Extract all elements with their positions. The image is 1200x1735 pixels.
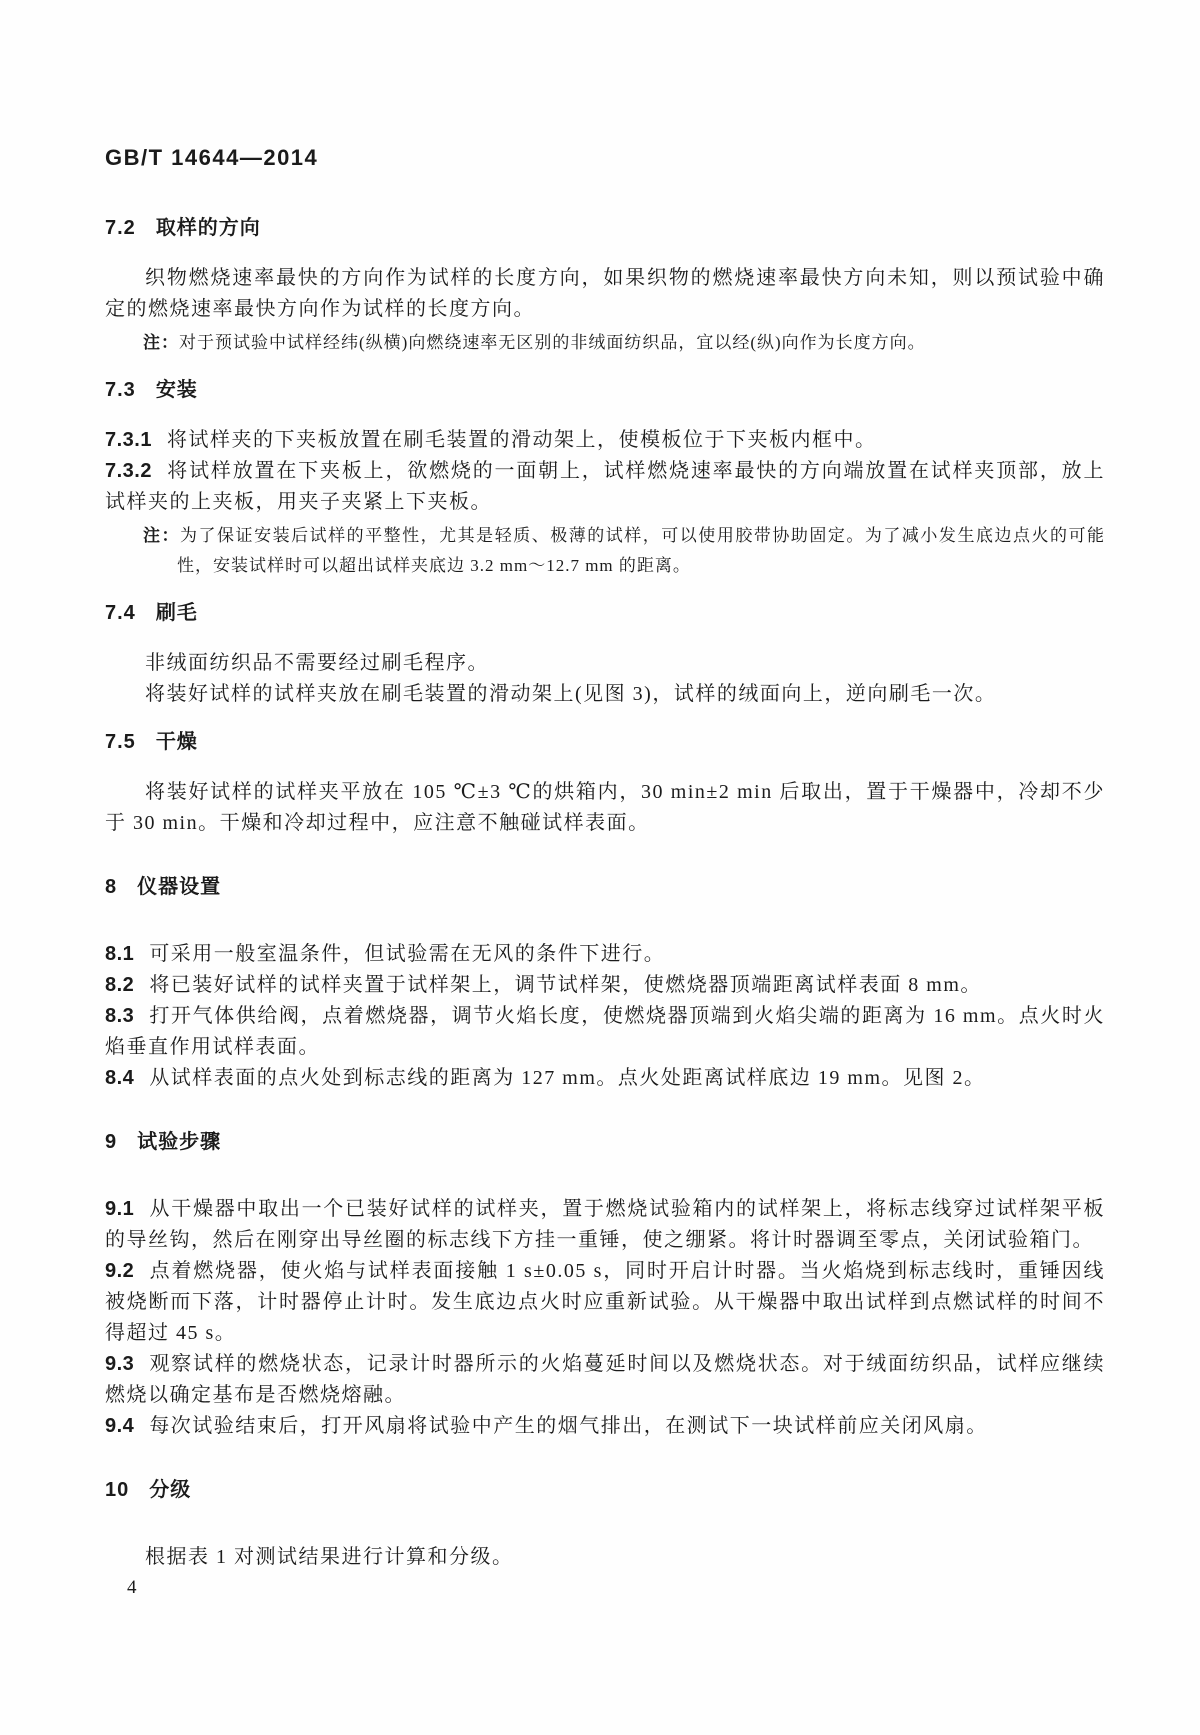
clause-text: 将试样放置在下夹板上，欲燃烧的一面朝上，试样燃烧速率最快的方向端放置在试样夹顶部… <box>105 460 1105 513</box>
section-number: 7.3 <box>105 379 136 401</box>
section-heading-10: 10分级 <box>105 1475 1105 1506</box>
clause-number: 7.3.2 <box>105 460 152 482</box>
clause-text: 将试样夹的下夹板放置在刷毛装置的滑动架上，使模板位于下夹板内框中。 <box>167 429 877 451</box>
clause-text: 可采用一般室温条件，但试验需在无风的条件下进行。 <box>149 943 665 965</box>
clause-7-3-1: 7.3.1将试样夹的下夹板放置在刷毛装置的滑动架上，使模板位于下夹板内框中。 <box>105 425 1105 456</box>
clause-number: 8.4 <box>105 1067 134 1089</box>
section-title: 干燥 <box>156 731 198 753</box>
clause-9-4: 9.4每次试验结束后，打开风扇将试验中产生的烟气排出，在测试下一块试样前应关闭风… <box>105 1411 1105 1442</box>
section-7-3: 7.3安装 7.3.1将试样夹的下夹板放置在刷毛装置的滑动架上，使模板位于下夹板… <box>105 375 1105 581</box>
clause-text: 从干燥器中取出一个已装好试样的试样夹，置于燃烧试验箱内的试样架上，将标志线穿过试… <box>105 1198 1105 1251</box>
section-number: 9 <box>105 1131 117 1153</box>
section-heading-8: 8仪器设置 <box>105 872 1105 903</box>
section-title: 刷毛 <box>156 602 198 624</box>
clause-9-2: 9.2点着燃烧器，使火焰与试样表面接触 1 s±0.05 s，同时开启计时器。当… <box>105 1256 1105 1349</box>
section-title: 安装 <box>156 379 198 401</box>
clause-text: 点着燃烧器，使火焰与试样表面接触 1 s±0.05 s，同时开启计时器。当火焰烧… <box>105 1260 1105 1344</box>
clause-7-3-2: 7.3.2将试样放置在下夹板上，欲燃烧的一面朝上，试样燃烧速率最快的方向端放置在… <box>105 456 1105 518</box>
section-7-2: 7.2取样的方向 织物燃烧速率最快的方向作为试样的长度方向，如果织物的燃烧速率最… <box>105 213 1105 358</box>
clause-9-1: 9.1从干燥器中取出一个已装好试样的试样夹，置于燃烧试验箱内的试样架上，将标志线… <box>105 1194 1105 1256</box>
section-number: 7.2 <box>105 217 136 239</box>
section-heading-9: 9试验步骤 <box>105 1127 1105 1158</box>
section-title: 仪器设置 <box>137 876 221 898</box>
section-10: 10分级 根据表 1 对测试结果进行计算和分级。 <box>105 1475 1105 1573</box>
clause-number: 8.2 <box>105 974 134 996</box>
clause-text: 每次试验结束后，打开风扇将试验中产生的烟气排出，在测试下一块试样前应关闭风扇。 <box>149 1415 988 1437</box>
standard-number-header: GB/T 14644—2014 <box>105 142 1105 173</box>
note: 注：对于预试验中试样经纬(纵横)向燃绕速率无区别的非绒面纺织品，宜以经(纵)向作… <box>105 328 1105 358</box>
clause-number: 9.1 <box>105 1198 134 1220</box>
section-title: 分级 <box>149 1479 191 1501</box>
paragraph: 织物燃烧速率最快的方向作为试样的长度方向，如果织物的燃烧速率最快方向未知，则以预… <box>105 263 1105 325</box>
note: 注：为了保证安装后试样的平整性，尤其是轻质、极薄的试样，可以使用胶带协助固定。为… <box>105 521 1105 581</box>
section-heading-7-5: 7.5干燥 <box>105 727 1105 758</box>
clause-number: 8.3 <box>105 1005 134 1027</box>
note-text: 对于预试验中试样经纬(纵横)向燃绕速率无区别的非绒面纺织品，宜以经(纵)向作为长… <box>179 333 926 352</box>
note-text: 为了保证安装后试样的平整性，尤其是轻质、极薄的试样，可以使用胶带协助固定。为了减… <box>177 526 1105 575</box>
clause-9-3: 9.3观察试样的燃烧状态，记录计时器所示的火焰蔓延时间以及燃烧状态。对于绒面纺织… <box>105 1349 1105 1411</box>
section-7-5: 7.5干燥 将装好试样的试样夹平放在 105 ℃±3 ℃的烘箱内，30 min±… <box>105 727 1105 839</box>
clause-number: 8.1 <box>105 943 134 965</box>
clause-number: 7.3.1 <box>105 429 152 451</box>
clause-number: 9.3 <box>105 1353 134 1375</box>
section-number: 7.4 <box>105 602 136 624</box>
paragraph: 将装好试样的试样夹平放在 105 ℃±3 ℃的烘箱内，30 min±2 min … <box>105 777 1105 839</box>
section-9: 9试验步骤 9.1从干燥器中取出一个已装好试样的试样夹，置于燃烧试验箱内的试样架… <box>105 1127 1105 1442</box>
section-heading-7-4: 7.4刷毛 <box>105 598 1105 629</box>
clause-text: 观察试样的燃烧状态，记录计时器所示的火焰蔓延时间以及燃烧状态。对于绒面纺织品，试… <box>105 1353 1105 1406</box>
paragraph: 非绒面纺织品不需要经过刷毛程序。 <box>105 648 1105 679</box>
section-8: 8仪器设置 8.1可采用一般室温条件，但试验需在无风的条件下进行。 8.2将已装… <box>105 872 1105 1094</box>
note-label: 注： <box>143 526 180 545</box>
clause-text: 打开气体供给阀，点着燃烧器，调节火焰长度，使燃烧器顶端到火焰尖端的距离为 16 … <box>105 1005 1105 1058</box>
section-number: 7.5 <box>105 731 136 753</box>
paragraph: 根据表 1 对测试结果进行计算和分级。 <box>105 1542 1105 1573</box>
clause-text: 从试样表面的点火处到标志线的距离为 127 mm。点火处距离试样底边 19 mm… <box>149 1067 985 1089</box>
clause-number: 9.4 <box>105 1415 134 1437</box>
section-heading-7-3: 7.3安装 <box>105 375 1105 406</box>
section-number: 8 <box>105 876 117 898</box>
clause-number: 9.2 <box>105 1260 134 1282</box>
paragraph: 将装好试样的试样夹放在刷毛装置的滑动架上(见图 3)，试样的绒面向上，逆向刷毛一… <box>105 679 1105 710</box>
clause-8-2: 8.2将已装好试样的试样夹置于试样架上，调节试样架，使燃烧器顶端距离试样表面 8… <box>105 970 1105 1001</box>
clause-8-1: 8.1可采用一般室温条件，但试验需在无风的条件下进行。 <box>105 939 1105 970</box>
section-heading-7-2: 7.2取样的方向 <box>105 213 1105 244</box>
clause-text: 将已装好试样的试样夹置于试样架上，调节试样架，使燃烧器顶端距离试样表面 8 mm… <box>149 974 982 996</box>
clause-8-4: 8.4从试样表面的点火处到标志线的距离为 127 mm。点火处距离试样底边 19… <box>105 1063 1105 1094</box>
document-page: GB/T 14644—2014 7.2取样的方向 织物燃烧速率最快的方向作为试样… <box>0 0 1200 1735</box>
page-number: 4 <box>127 1575 1105 1601</box>
section-title: 试验步骤 <box>137 1131 221 1153</box>
section-title: 取样的方向 <box>156 217 261 239</box>
clause-8-3: 8.3打开气体供给阀，点着燃烧器，调节火焰长度，使燃烧器顶端到火焰尖端的距离为 … <box>105 1001 1105 1063</box>
section-7-4: 7.4刷毛 非绒面纺织品不需要经过刷毛程序。 将装好试样的试样夹放在刷毛装置的滑… <box>105 598 1105 710</box>
note-label: 注： <box>143 333 179 352</box>
section-number: 10 <box>105 1479 129 1501</box>
